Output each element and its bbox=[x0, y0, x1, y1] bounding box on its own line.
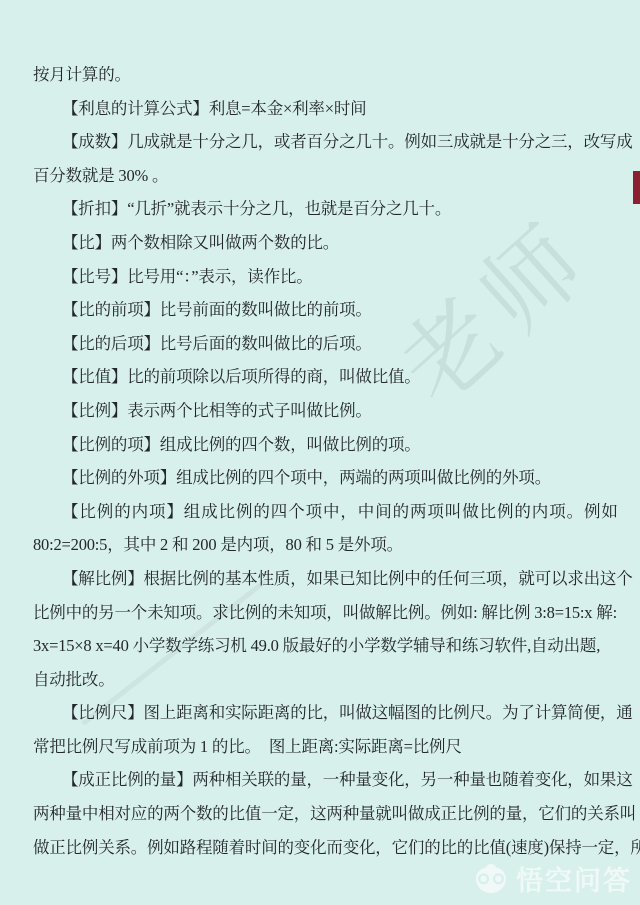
text-line: 【比的前项】比号前面的数叫做比的前项。 bbox=[33, 293, 613, 327]
text-line: 【折扣】“几折”就表示十分之几，也就是百分之几十。 bbox=[33, 192, 613, 226]
text-line: 【成数】几成就是十分之几，或者百分之几十。例如三成就是十分之三，改写成 bbox=[33, 125, 613, 159]
brand-watermark: 悟空问答 bbox=[472, 859, 632, 898]
brand-watermark-label: 悟空问答 bbox=[516, 859, 632, 898]
text-line: 比例中的另一个未知项。求比例的未知项，叫做解比例。例如: 解比例 3:8=15:… bbox=[33, 596, 613, 630]
text-line: 按月计算的。 bbox=[33, 58, 613, 92]
text-line: 【比】两个数相除又叫做两个数的比。 bbox=[33, 226, 613, 260]
text-line: 两种量中相对应的两个数的比值一定，这两种量就叫做成正比例的量，它们的关系叫 bbox=[33, 797, 613, 831]
text-line: 【比号】比号用“：”表示，读作比。 bbox=[33, 260, 613, 294]
text-line: 【比的后项】比号后面的数叫做比的后项。 bbox=[33, 327, 613, 361]
wukong-monkey-icon bbox=[472, 862, 510, 896]
text-line: 【比值】比的前项除以后项所得的商，叫做比值。 bbox=[33, 360, 613, 394]
document-text: 按月计算的。【利息的计算公式】利息=本金×利率×时间【成数】几成就是十分之几，或… bbox=[33, 58, 613, 864]
text-line: 【利息的计算公式】利息=本金×利率×时间 bbox=[33, 92, 613, 126]
text-line: 3x=15×8 x=40 小学数学练习机 49.0 版最好的小学数学辅导和练习软… bbox=[33, 629, 613, 663]
text-line: 【比例尺】图上距离和实际距离的比，叫做这幅图的比例尺。为了计算简便，通 bbox=[33, 696, 613, 730]
text-line: 【比例】表示两个比相等的式子叫做比例。 bbox=[33, 394, 613, 428]
text-line: 【成正比例的量】两种相关联的量，一种量变化，另一种量也随着变化，如果这 bbox=[33, 763, 613, 797]
text-line: 自动批改。 bbox=[33, 663, 613, 697]
text-line: 百分数就是 30% 。 bbox=[33, 159, 613, 193]
text-line: 【解比例】根据比例的基本性质，如果已知比例中的任何三项，就可以求出这个 bbox=[33, 562, 613, 596]
text-line: 【比例的外项】组成比例的四个项中，两端的两项叫做比例的外项。 bbox=[33, 461, 613, 495]
text-line: 常把比例尺写成前项为 1 的比。 图上距离:实际距离=比例尺 bbox=[33, 730, 613, 764]
scroll-indicator[interactable] bbox=[633, 171, 640, 204]
text-line: 【比例的内项】组成比例的四个项中，中间的两项叫做比例的内项。例如 bbox=[33, 495, 613, 529]
text-line: 【比例的项】组成比例的四个数，叫做比例的项。 bbox=[33, 428, 613, 462]
text-line: 80:2=200:5，其中 2 和 200 是内项，80 和 5 是外项。 bbox=[33, 528, 613, 562]
